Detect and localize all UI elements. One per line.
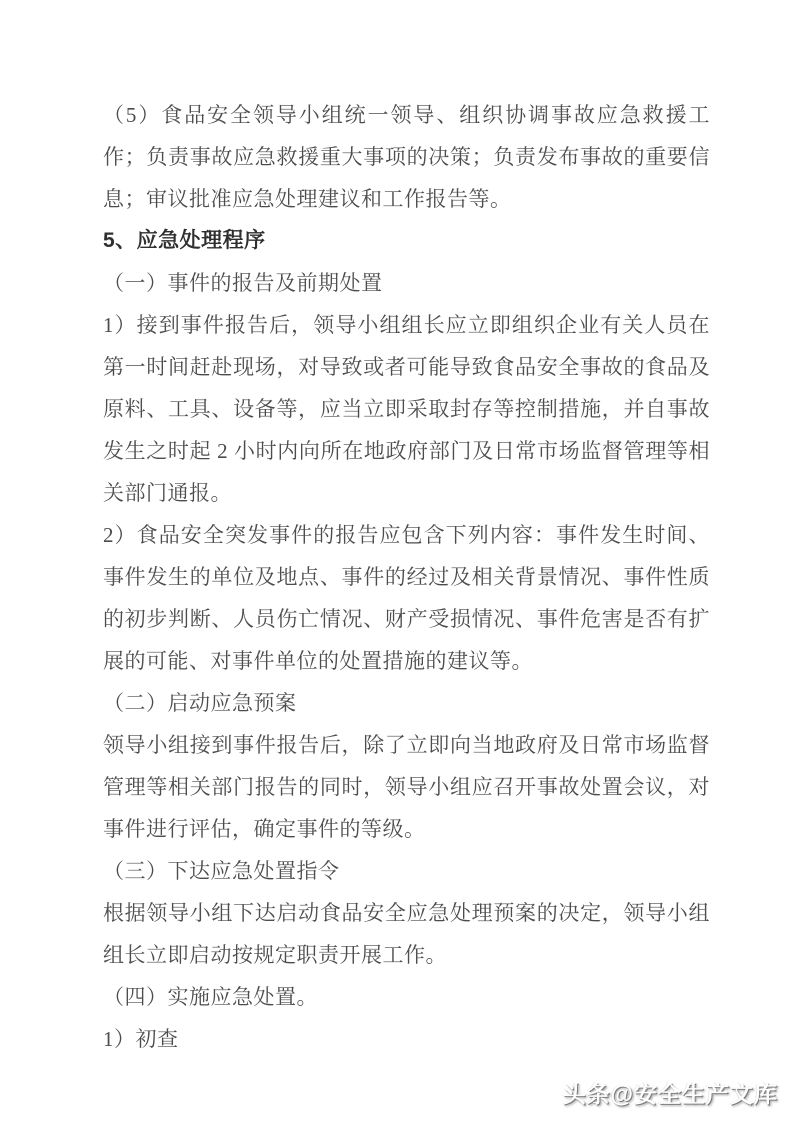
paragraph: 领导小组接到事件报告后，除了立即向当地政府及日常市场监督管理等相关部门报告的同时… [103,724,710,850]
paragraph: （三）下达应急处置指令 [103,850,710,892]
document-page: （5）食品安全领导小组统一领导、组织协调事故应急救援工作；负责事故应急救援重大事… [0,0,793,1122]
toutiao-watermark: 头条@安全生产文库 [563,1076,778,1109]
section-heading: 5、应急处理程序 [103,220,710,262]
paragraph: （四）实施应急处置。 [103,976,710,1018]
paragraph: 1）初查 [103,1018,710,1060]
paragraph: （二）启动应急预案 [103,682,710,724]
paragraph: （5）食品安全领导小组统一领导、组织协调事故应急救援工作；负责事故应急救援重大事… [103,94,710,220]
document-body: （5）食品安全领导小组统一领导、组织协调事故应急救援工作；负责事故应急救援重大事… [103,94,710,1060]
paragraph: 1）接到事件报告后，领导小组组长应立即组织企业有关人员在第一时间赶赴现场，对导致… [103,304,710,514]
paragraph: （一）事件的报告及前期处置 [103,262,710,304]
paragraph: 2）食品安全突发事件的报告应包含下列内容：事件发生时间、事件发生的单位及地点、事… [103,514,710,682]
paragraph: 根据领导小组下达启动食品安全应急处理预案的决定，领导小组组长立即启动按规定职责开… [103,892,710,976]
